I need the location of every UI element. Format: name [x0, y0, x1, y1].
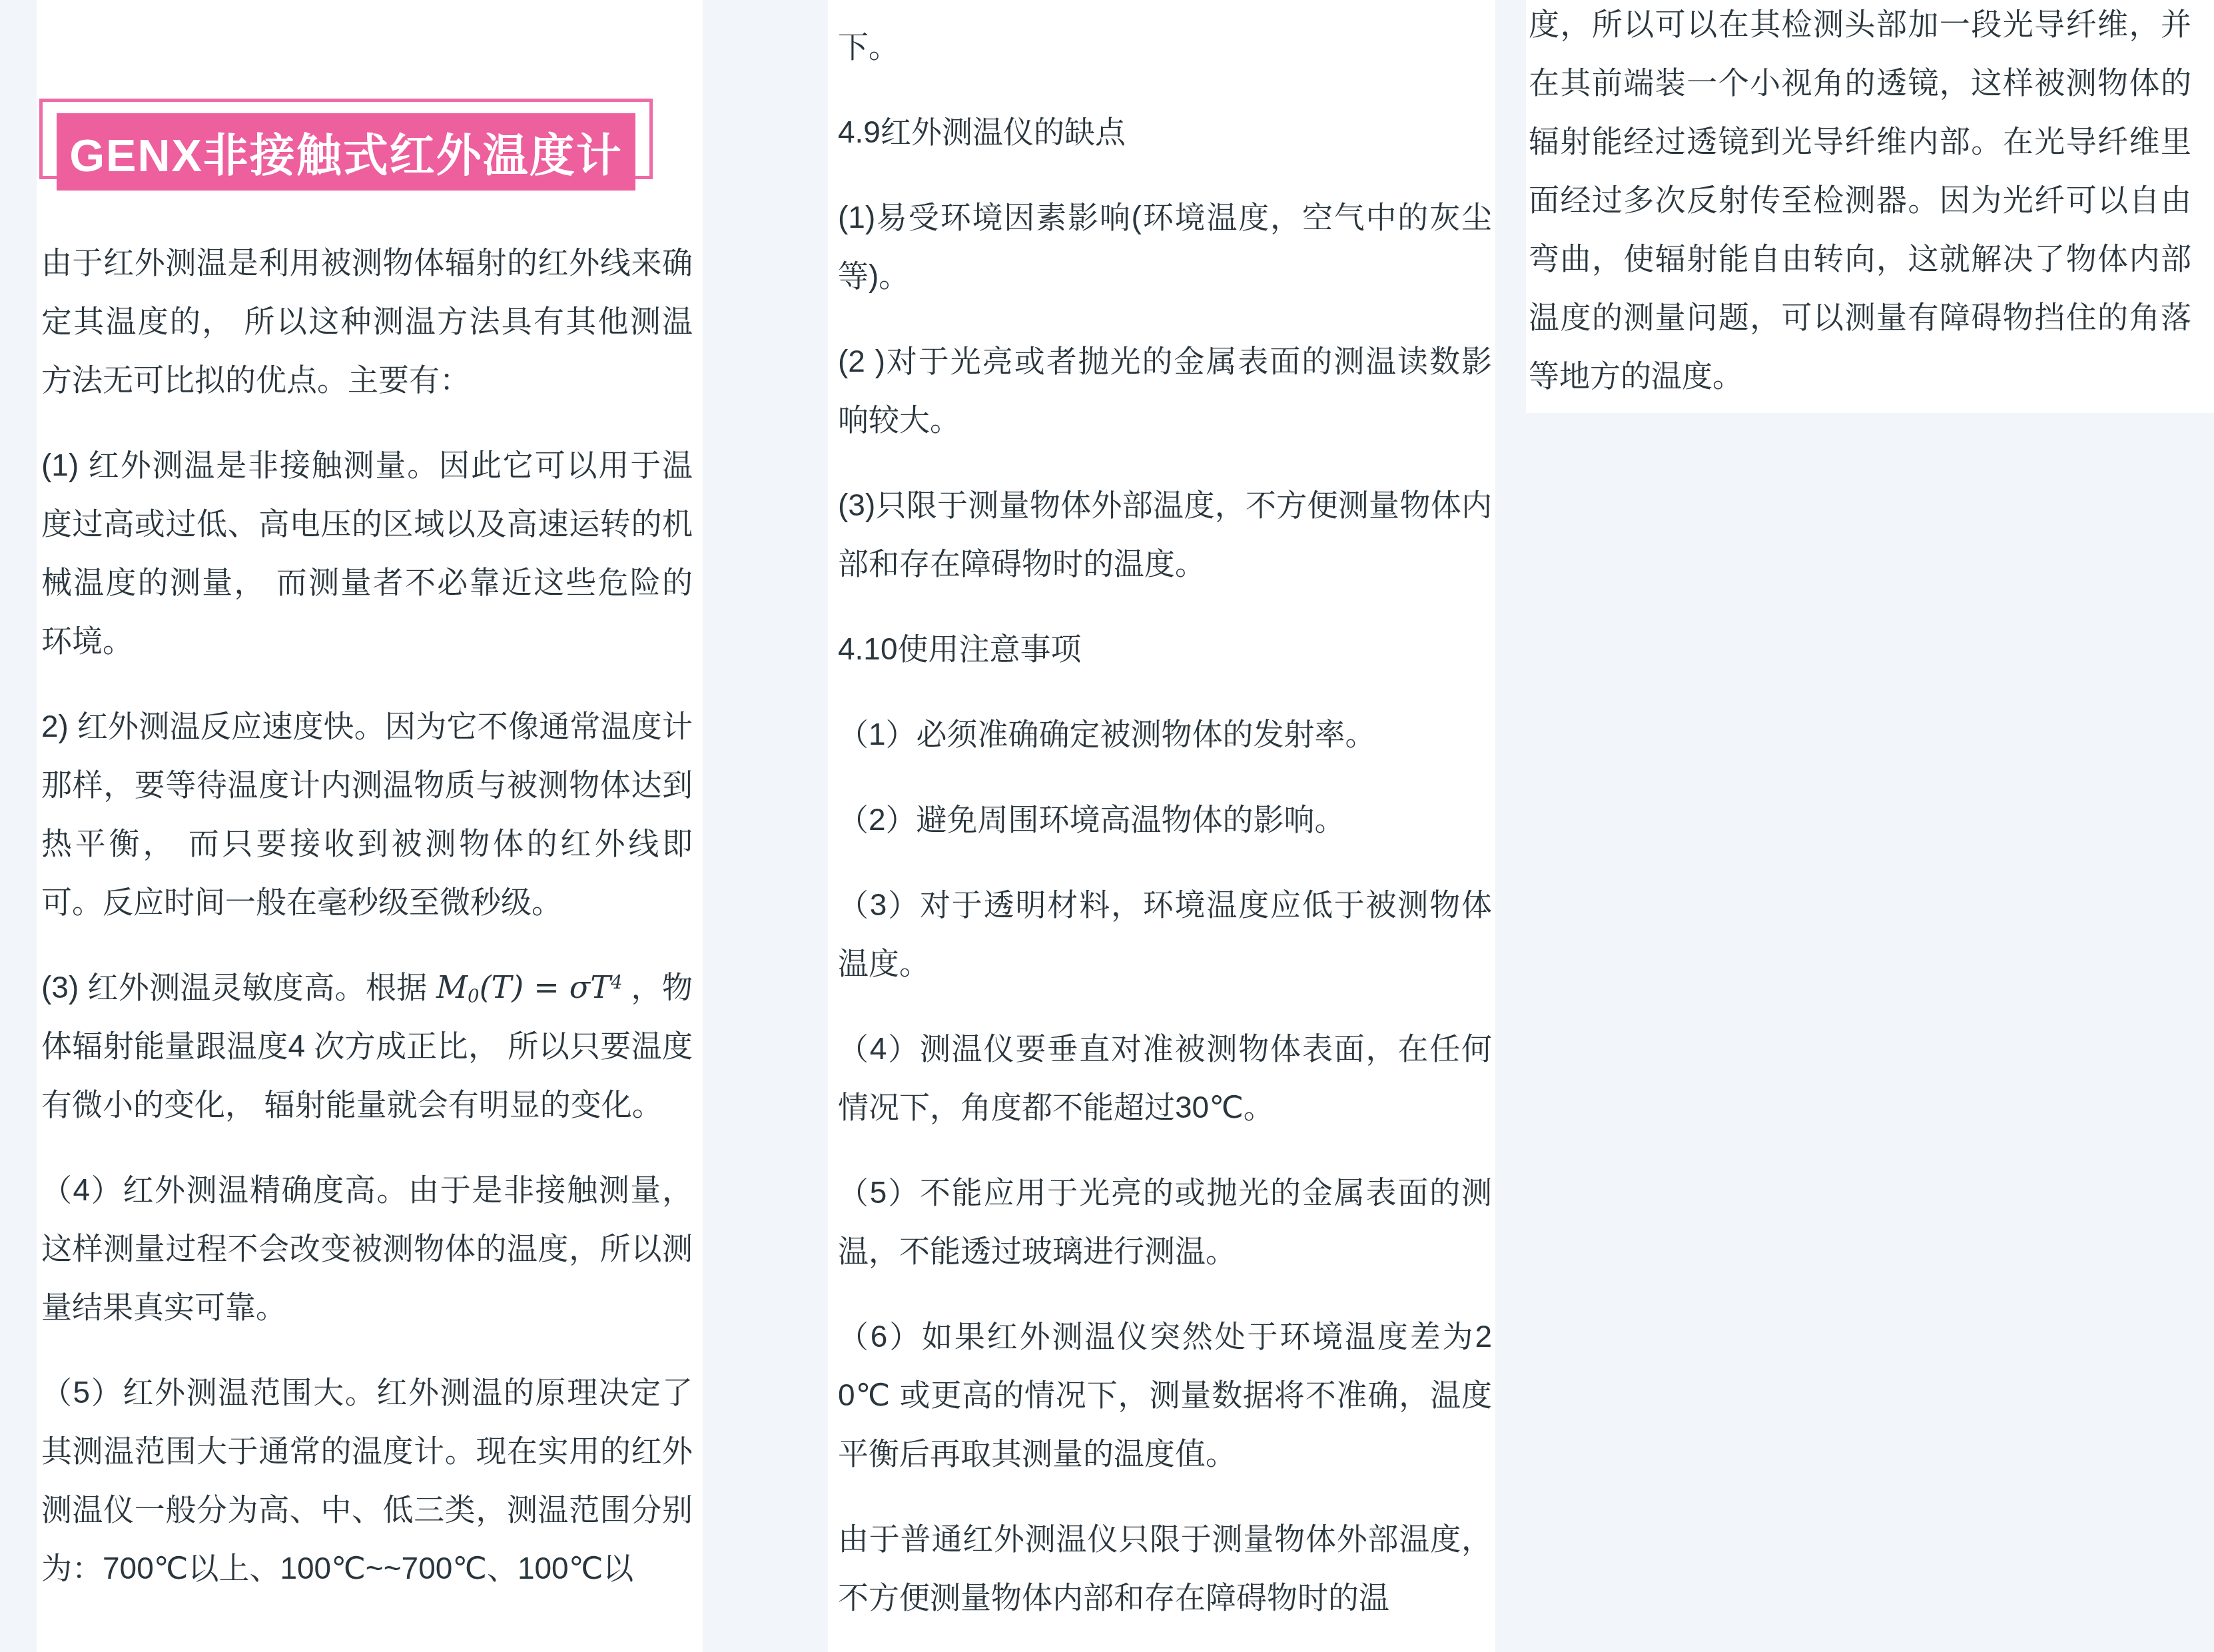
drawback-3-paragraph: (3)只限于测量物体外部温度，不方便测量物体内部和存在障碍物时的温度。	[838, 476, 1492, 593]
section-heading-4-10: 4.10使用注意事项	[838, 619, 1492, 678]
fiber-continued-paragraph: 度，所以可以在其检测头部加一段光导纤维，并在其前端装一个小视角的透镜，这样被测物…	[1529, 0, 2191, 405]
column-1-text: 由于红外测温是利用被测物体辐射的红外线来确定其温度的， 所以这种测温方法具有其他…	[41, 233, 693, 1597]
column-3-text: 度，所以可以在其检测头部加一段光导纤维，并在其前端装一个小视角的透镜，这样被测物…	[1529, 0, 2191, 405]
note-6-paragraph: （6）如果红外测温仪突然处于环境温度差为20℃ 或更高的情况下，测量数据将不准确…	[838, 1307, 1492, 1483]
continued-fragment: 下。	[838, 17, 1492, 76]
advantage-4-paragraph: （4）红外测温精确度高。由于是非接触测量，这样测量过程不会改变被测物体的温度，所…	[41, 1160, 693, 1336]
formula-stefan-boltzmann: M0(T) = σT4	[436, 969, 622, 1005]
page-title: GENX非接触式红外温度计	[69, 120, 623, 185]
advantage-1-paragraph: (1) 红外测温是非接触测量。因此它可以用于温度过高或过低、高电压的区域以及高速…	[41, 436, 693, 670]
drawback-2-paragraph: (2 )对于光亮或者抛光的金属表面的测温读数影响较大。	[838, 332, 1492, 449]
advantage-3-paragraph: (3) 红外测温灵敏度高。根据 M0(T) = σT4 ，物体辐射能量跟温度4 …	[41, 958, 693, 1134]
section-heading-4-9: 4.9红外测温仪的缺点	[838, 103, 1492, 161]
advantage-2-paragraph: 2) 红外测温反应速度快。因为它不像通常温度计那样，要等待温度计内测温物质与被测…	[41, 697, 693, 931]
column-2-text: 下。 4.9红外测温仪的缺点 (1)易受环境因素影响(环境温度，空气中的灰尘等)…	[838, 17, 1492, 1627]
note-2-paragraph: （2）避免周围环境高温物体的影响。	[838, 790, 1492, 849]
title-banner: GENX非接触式红外温度计	[57, 113, 635, 191]
note-3-paragraph: （3）对于透明材料，环境温度应低于被测物体温度。	[838, 875, 1492, 993]
note-1-paragraph: （1）必须准确确定被测物体的发射率。	[838, 705, 1492, 763]
fiber-intro-paragraph: 由于普通红外测温仪只限于测量物体外部温度，不方便测量物体内部和存在障碍物时的温	[838, 1509, 1492, 1627]
advantage-5-paragraph: （5）红外测温范围大。红外测温的原理决定了其测温范围大于通常的温度计。现在实用的…	[41, 1363, 693, 1597]
note-5-paragraph: （5）不能应用于光亮的或抛光的金属表面的测温，不能透过玻璃进行测温。	[838, 1163, 1492, 1280]
drawback-1-paragraph: (1)易受环境因素影响(环境温度，空气中的灰尘等)。	[838, 188, 1492, 305]
note-4-paragraph: （4）测温仪要垂直对准被测物体表面，在任何情况下，角度都不能超过30℃。	[838, 1019, 1492, 1136]
intro-paragraph: 由于红外测温是利用被测物体辐射的红外线来确定其温度的， 所以这种测温方法具有其他…	[41, 233, 693, 409]
